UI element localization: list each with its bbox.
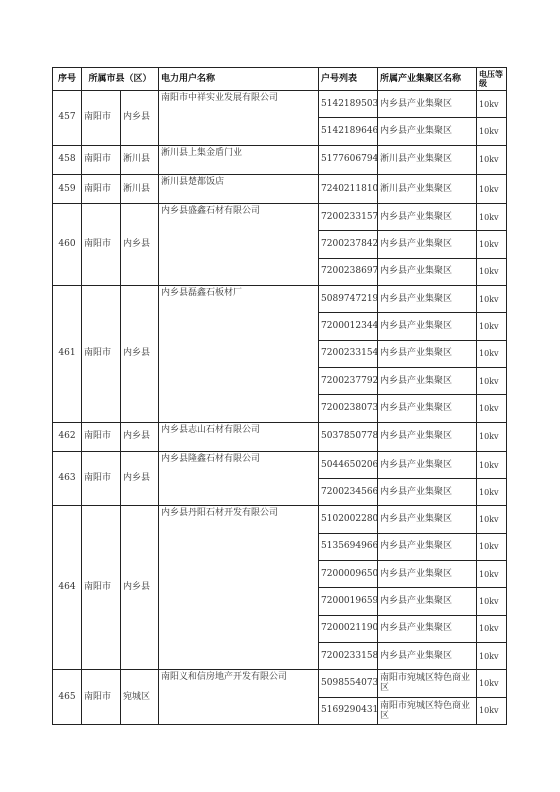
header-zone-name: 所属产业集聚区名称 [378, 68, 477, 91]
row-account: 7200238073 [319, 395, 378, 422]
row-city: 南阳市 [82, 670, 121, 725]
row-account: 7200234566 [319, 479, 378, 506]
row-account: 7200237792 [319, 367, 378, 394]
row-voltage: 10kv [477, 422, 507, 451]
row-user-name: 淅川县上集金盾门业 [159, 145, 319, 174]
row-county: 宛城区 [121, 670, 159, 725]
row-account: 7200012344 [319, 313, 378, 340]
row-zone: 内乡县产业集聚区 [378, 561, 477, 588]
row-zone: 淅川县产业集聚区 [378, 145, 477, 174]
row-zone: 内乡县产业集聚区 [378, 479, 477, 506]
row-zone: 内乡县产业集聚区 [378, 286, 477, 313]
row-zone: 内乡县产业集聚区 [378, 118, 477, 145]
table-row: 461南阳市内乡县内乡县磊鑫石板材厂5089747219内乡县产业集聚区10kv [53, 286, 507, 313]
row-voltage: 10kv [477, 506, 507, 533]
row-seq: 458 [53, 145, 82, 174]
row-seq: 465 [53, 670, 82, 725]
row-zone: 内乡县产业集聚区 [378, 340, 477, 367]
row-account: 5135694966 [319, 533, 378, 560]
row-voltage: 10kv [477, 533, 507, 560]
row-voltage: 10kv [477, 204, 507, 231]
row-city: 南阳市 [82, 422, 121, 451]
row-zone: 内乡县产业集聚区 [378, 642, 477, 669]
row-zone: 南阳市宛城区特色商业区 [378, 697, 477, 724]
table-row: 459南阳市淅川县淅川县楚都饭店7240211810淅川县产业集聚区10kv [53, 174, 507, 203]
row-voltage: 10kv [477, 670, 507, 697]
row-city: 南阳市 [82, 204, 121, 286]
row-account: 5169290431 [319, 697, 378, 724]
row-account: 7200019659 [319, 588, 378, 615]
row-zone: 内乡县产业集聚区 [378, 91, 477, 118]
row-account: 5037850778 [319, 422, 378, 451]
row-voltage: 10kv [477, 697, 507, 724]
row-account: 7200237842 [319, 231, 378, 258]
row-voltage: 10kv [477, 642, 507, 669]
header-city-county: 所属市县（区） [82, 68, 159, 91]
table-body: 457南阳市内乡县南阳市中祥实业发展有限公司5142189503内乡县产业集聚区… [53, 91, 507, 725]
row-account: 5177606794 [319, 145, 378, 174]
row-zone: 内乡县产业集聚区 [378, 588, 477, 615]
row-zone: 内乡县产业集聚区 [378, 422, 477, 451]
row-account: 5142189503 [319, 91, 378, 118]
row-voltage: 10kv [477, 367, 507, 394]
row-voltage: 10kv [477, 479, 507, 506]
row-voltage: 10kv [477, 561, 507, 588]
row-zone: 内乡县产业集聚区 [378, 451, 477, 478]
row-account: 7240211810 [319, 174, 378, 203]
header-user-name: 电力用户名称 [159, 68, 319, 91]
row-voltage: 10kv [477, 395, 507, 422]
row-zone: 内乡县产业集聚区 [378, 204, 477, 231]
row-county: 内乡县 [121, 451, 159, 506]
row-account: 5102002280 [319, 506, 378, 533]
row-user-name: 淅川县楚都饭店 [159, 174, 319, 203]
row-user-name: 南阳义和信房地产开发有限公司 [159, 670, 319, 725]
row-zone: 南阳市宛城区特色商业区 [378, 670, 477, 697]
row-seq: 464 [53, 506, 82, 670]
row-account: 5142189646 [319, 118, 378, 145]
row-city: 南阳市 [82, 286, 121, 422]
row-city: 南阳市 [82, 451, 121, 506]
row-user-name: 内乡县丹阳石材开发有限公司 [159, 506, 319, 670]
row-zone: 内乡县产业集聚区 [378, 258, 477, 285]
row-voltage: 10kv [477, 118, 507, 145]
row-voltage: 10kv [477, 313, 507, 340]
row-voltage: 10kv [477, 615, 507, 642]
row-zone: 内乡县产业集聚区 [378, 533, 477, 560]
row-voltage: 10kv [477, 231, 507, 258]
table-row: 462南阳市内乡县内乡县志山石材有限公司5037850778内乡县产业集聚区10… [53, 422, 507, 451]
row-city: 南阳市 [82, 145, 121, 174]
row-county: 内乡县 [121, 422, 159, 451]
row-seq: 459 [53, 174, 82, 203]
header-voltage: 电压等级 [477, 68, 507, 91]
row-zone: 内乡县产业集聚区 [378, 313, 477, 340]
row-voltage: 10kv [477, 174, 507, 203]
row-city: 南阳市 [82, 91, 121, 146]
row-county: 内乡县 [121, 286, 159, 422]
row-county: 内乡县 [121, 91, 159, 146]
row-user-name: 内乡县磊鑫石板材厂 [159, 286, 319, 422]
header-seq: 序号 [53, 68, 82, 91]
row-seq: 461 [53, 286, 82, 422]
row-voltage: 10kv [477, 258, 507, 285]
header-account-list: 户号列表 [319, 68, 378, 91]
table-row: 457南阳市内乡县南阳市中祥实业发展有限公司5142189503内乡县产业集聚区… [53, 91, 507, 118]
row-county: 内乡县 [121, 506, 159, 670]
row-zone: 内乡县产业集聚区 [378, 395, 477, 422]
row-county: 淅川县 [121, 145, 159, 174]
row-seq: 457 [53, 91, 82, 146]
table-row: 458南阳市淅川县淅川县上集金盾门业5177606794淅川县产业集聚区10kv [53, 145, 507, 174]
row-account: 7200009650 [319, 561, 378, 588]
power-users-table: 序号 所属市县（区） 电力用户名称 户号列表 所属产业集聚区名称 电压等级 45… [52, 67, 507, 725]
row-county: 淅川县 [121, 174, 159, 203]
row-voltage: 10kv [477, 588, 507, 615]
table-row: 464南阳市内乡县内乡县丹阳石材开发有限公司5102002280内乡县产业集聚区… [53, 506, 507, 533]
row-zone: 淅川县产业集聚区 [378, 174, 477, 203]
row-voltage: 10kv [477, 451, 507, 478]
row-zone: 内乡县产业集聚区 [378, 231, 477, 258]
row-voltage: 10kv [477, 145, 507, 174]
row-city: 南阳市 [82, 506, 121, 670]
table-row: 465南阳市宛城区南阳义和信房地产开发有限公司5098554073南阳市宛城区特… [53, 670, 507, 697]
row-account: 7200233158 [319, 642, 378, 669]
row-account: 5089747219 [319, 286, 378, 313]
row-account: 5098554073 [319, 670, 378, 697]
row-zone: 内乡县产业集聚区 [378, 506, 477, 533]
row-voltage: 10kv [477, 340, 507, 367]
row-voltage: 10kv [477, 91, 507, 118]
row-voltage: 10kv [477, 286, 507, 313]
row-county: 内乡县 [121, 204, 159, 286]
row-account: 7200233157 [319, 204, 378, 231]
row-user-name: 内乡县隆鑫石材有限公司 [159, 451, 319, 506]
row-user-name: 内乡县盛鑫石材有限公司 [159, 204, 319, 286]
row-account: 7200233154 [319, 340, 378, 367]
row-account: 7200238697 [319, 258, 378, 285]
row-seq: 463 [53, 451, 82, 506]
table-row: 463南阳市内乡县内乡县隆鑫石材有限公司5044650206内乡县产业集聚区10… [53, 451, 507, 478]
row-zone: 内乡县产业集聚区 [378, 367, 477, 394]
row-city: 南阳市 [82, 174, 121, 203]
row-user-name: 内乡县志山石材有限公司 [159, 422, 319, 451]
row-user-name: 南阳市中祥实业发展有限公司 [159, 91, 319, 146]
table-row: 460南阳市内乡县内乡县盛鑫石材有限公司7200233157内乡县产业集聚区10… [53, 204, 507, 231]
row-account: 7200021190 [319, 615, 378, 642]
table-header-row: 序号 所属市县（区） 电力用户名称 户号列表 所属产业集聚区名称 电压等级 [53, 68, 507, 91]
row-zone: 内乡县产业集聚区 [378, 615, 477, 642]
row-seq: 460 [53, 204, 82, 286]
row-seq: 462 [53, 422, 82, 451]
row-account: 5044650206 [319, 451, 378, 478]
